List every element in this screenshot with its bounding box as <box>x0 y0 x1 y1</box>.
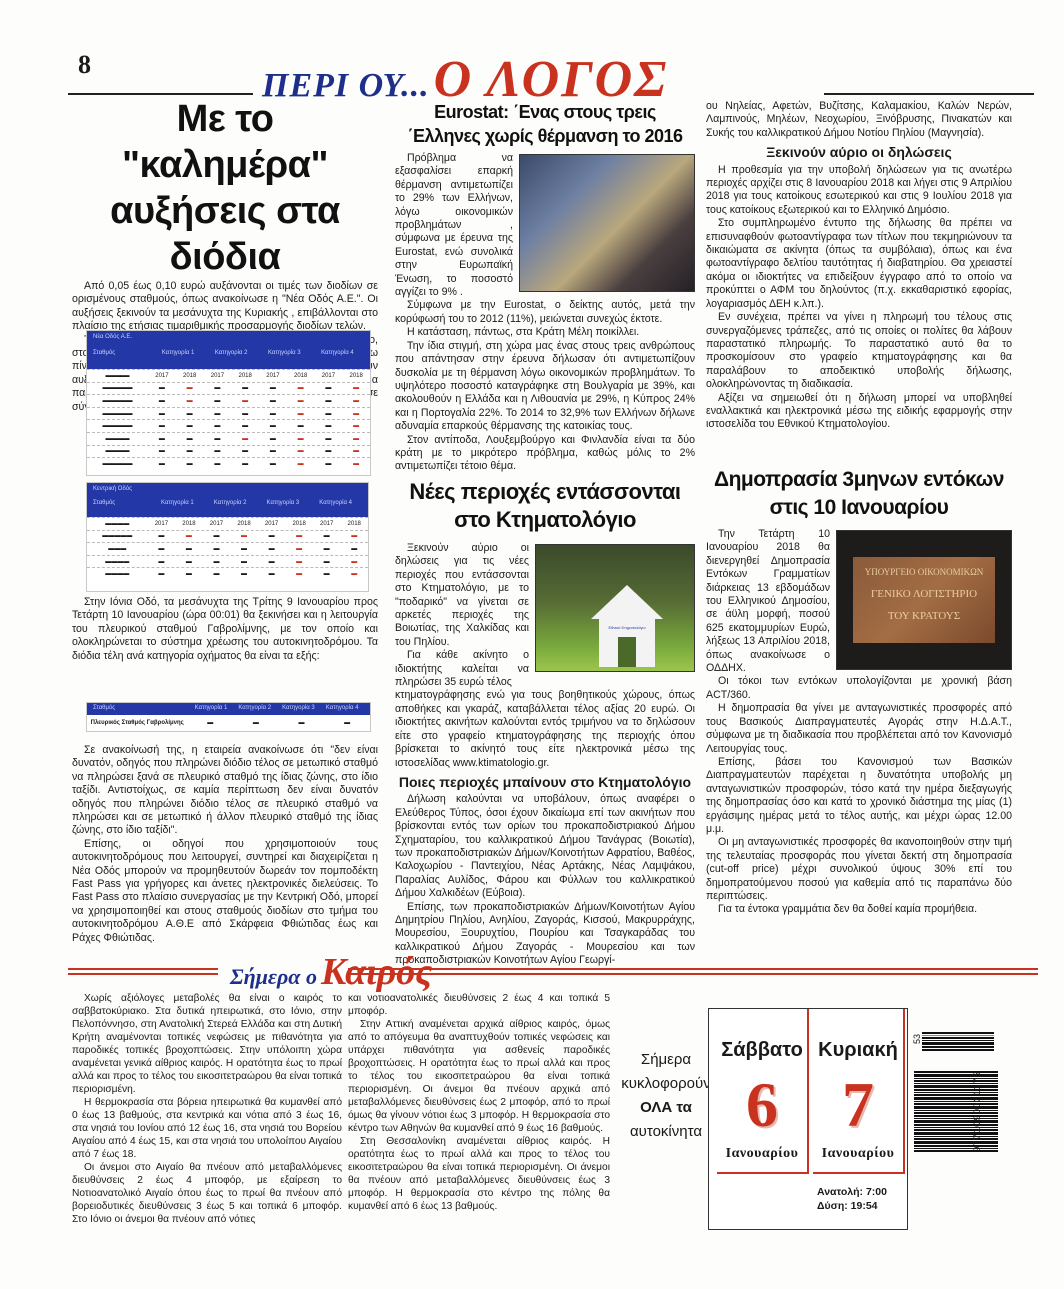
issue-barcode: 53 9771090031175 <box>914 1032 1004 1152</box>
sunset-time: Δύση: 19:54 <box>817 1199 887 1213</box>
cadastre-article: Νέες περιοχές εντάσσονται στο Κτηματολόγ… <box>395 478 695 968</box>
table-row: ▬▬▬▬▬▬▬▬▬▬▬ <box>87 542 368 555</box>
calendar-day-saturday: Σάββατο 6 Ιανουαρίου <box>717 1009 809 1174</box>
house-photo: Εθνικό Κτηματολόγιο <box>535 544 695 672</box>
weather-col-1: Χωρίς αξιόλογες μεταβολές θα είναι ο και… <box>72 992 342 1226</box>
auction-article: Δημοπρασία 3μηνων εντόκων στις 10 Ιανουα… <box>706 466 1012 917</box>
toll-table-2-header: Κεντρική Οδός Σταθμός Κατηγορία 1 Κατηγο… <box>87 483 368 517</box>
table-row: ▬▬▬▬▬▬▬▬▬▬▬▬ <box>87 445 370 458</box>
table-row: ▬▬▬▬▬▬▬▬▬▬▬▬ <box>87 567 368 580</box>
toll-table-3-header: Σταθμός Κατηγορία 1 Κατηγορία 2 Κατηγορί… <box>87 703 370 715</box>
sunrise-time: Ανατολή: 7:00 <box>817 1185 887 1199</box>
toll-table-1: Νέα Οδός Α.Ε. Σταθμός Κατηγορία 1 Κατηγο… <box>86 330 371 476</box>
tolls-para-ionia: Στην Ιόνια Οδό, τα μεσάνυχτα της Τρίτης … <box>72 596 378 663</box>
eurostat-article: Eurostat: ΄Ενας στους τρεις ΄Ελληνες χωρ… <box>395 100 695 474</box>
toll-table-3: Σταθμός Κατηγορία 1 Κατηγορία 2 Κατηγορί… <box>86 702 371 732</box>
calendar-day-sunday: Κυριακή 7 Ιανουαρίου <box>813 1009 905 1174</box>
house-roof-shape <box>591 585 663 619</box>
isbn-number: 9771090031175 <box>972 1071 983 1152</box>
cadastre-article-continued: ου Νηλείας, Αφετών, Βυζίτσης, Καλαμακίου… <box>706 100 1012 432</box>
calendar-box: Σάββατο 6 Ιανουαρίου Κυριακή 7 Ιανουαρίο… <box>708 1008 908 1230</box>
page-number: 8 <box>78 50 91 80</box>
sun-times: Ανατολή: 7:00 Δύση: 19:54 <box>817 1185 887 1213</box>
table-row: ▬▬▬▬▬▬▬▬▬▬▬▬▬ <box>87 457 370 470</box>
ministry-sign-photo: ΥΠΟΥΡΓΕΙΟ ΟΙΚΟΝΟΜΙΚΩΝ ΓΕΝΙΚΟ ΛΟΓΙΣΤΗΡΙΟ … <box>836 530 1012 670</box>
cars-circulation-note: Σήμερα κυκλοφορούν ΟΛΑ τα αυτοκίνητα <box>618 1048 714 1144</box>
ministry-sign-plate: ΥΠΟΥΡΓΕΙΟ ΟΙΚΟΝΟΜΙΚΩΝ ΓΕΝΙΚΟ ΛΟΓΙΣΤΗΡΙΟ … <box>853 557 995 643</box>
declarations-subhead: Ξεκινούν αύριο οι δηλώσεις <box>706 146 1012 159</box>
weather-col-2: και νοτιοανατολικές διευθύνσεις 2 έως 4 … <box>348 992 610 1213</box>
tolls-article-end: Σε ανακοίνωσή της, η εταιρεία ανακοίνωσε… <box>72 744 378 945</box>
table-row: ▬▬▬▬20172018201720182017201820172018 <box>87 517 368 530</box>
masthead-rule-right <box>824 93 1034 95</box>
table-row: ▬▬▬▬▬▬▬▬▬▬▬▬ <box>87 555 368 568</box>
weather-rule-right <box>348 968 1038 975</box>
eurostat-headline: Eurostat: ΄Ενας στους τρεις ΄Ελληνες χωρ… <box>395 100 695 148</box>
table-row: ▬▬▬▬▬▬▬▬▬▬▬▬▬ <box>87 530 368 543</box>
cadastre-subhead: Ποιες περιοχές μπαίνουν στο Κτηματολόγιο <box>395 776 695 789</box>
weather-rule-left <box>68 968 218 975</box>
auction-headline: Δημοπρασία 3μηνων εντόκων στις 10 Ιανουα… <box>706 466 1012 522</box>
table-row: ▬▬▬▬▬▬▬▬▬▬▬▬ <box>87 432 370 445</box>
tolls-article-ionia: Στην Ιόνια Οδό, τα μεσάνυχτα της Τρίτης … <box>72 596 378 663</box>
house-body-shape: Εθνικό Κτηματολόγιο <box>599 619 655 667</box>
table-row: ▬▬▬▬20172018201720182017201820172018 <box>87 369 370 382</box>
radiator-photo <box>519 154 695 292</box>
tolls-headline: Με το "καλημέρα" αυξήσεις στα διόδια <box>72 96 378 280</box>
isbn-barcode <box>914 1071 998 1152</box>
table-row: ▬▬▬▬▬▬▬▬▬▬▬▬▬ <box>87 419 370 432</box>
masthead-rule-left <box>68 93 253 95</box>
issue-barcode-small <box>922 1032 994 1051</box>
cadastre-headline: Νέες περιοχές εντάσσονται στο Κτηματολόγ… <box>395 478 695 534</box>
toll-table-2: Κεντρική Οδός Σταθμός Κατηγορία 1 Κατηγο… <box>86 482 369 592</box>
table-row: Πλευρικός Σταθμός Γαβρολίμνης▬▬▬▬ <box>87 715 370 731</box>
tolls-para-1: Από 0,05 έως 0,10 ευρώ αυξάνονται οι τιμ… <box>72 280 378 334</box>
table-row: ▬▬▬▬▬▬▬▬▬▬▬▬▬ <box>87 407 370 420</box>
issue-number: 53 <box>912 1034 922 1044</box>
table-row: ▬▬▬▬▬▬▬▬▬▬▬▬▬ <box>87 382 370 395</box>
toll-table-1-header: Νέα Οδός Α.Ε. Σταθμός Κατηγορία 1 Κατηγο… <box>87 331 370 369</box>
table-row: ▬▬▬▬▬▬▬▬▬▬▬▬▬ <box>87 394 370 407</box>
